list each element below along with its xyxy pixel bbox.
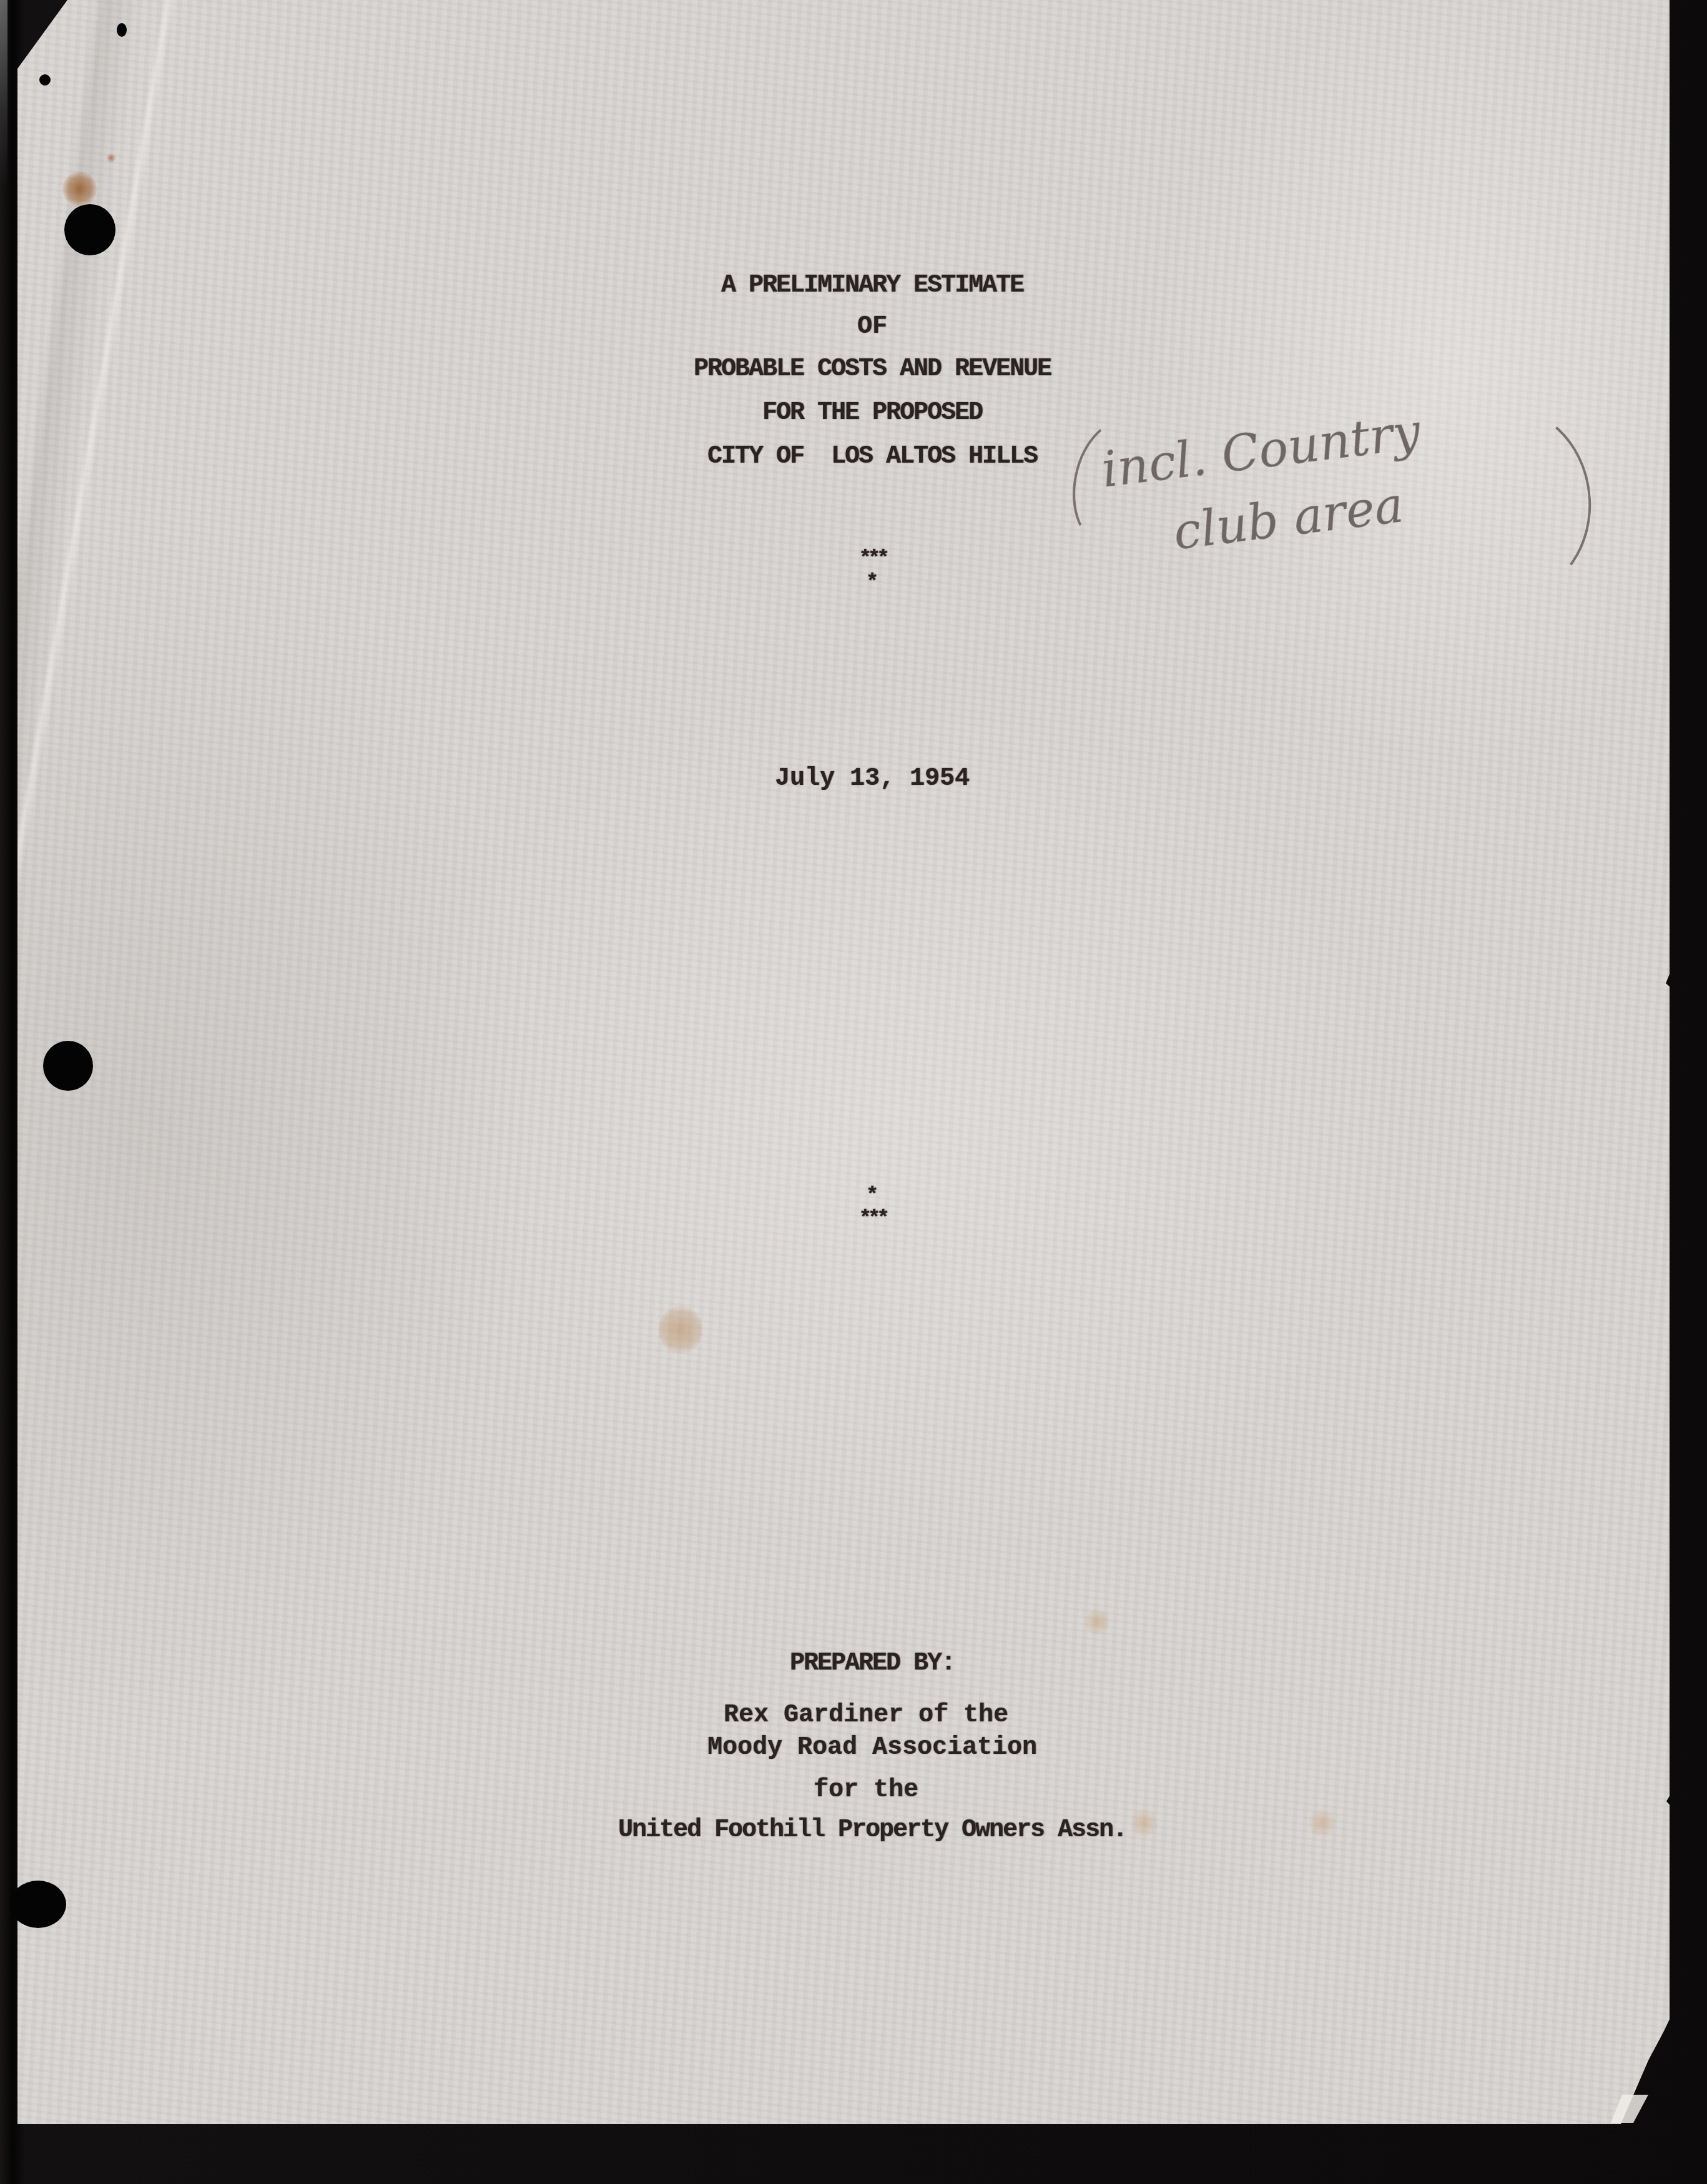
prepared-by-line-2: Moody Road Association bbox=[0, 1736, 1707, 1761]
punch-hole-top bbox=[64, 204, 116, 255]
prepared-by-line-3: for the bbox=[0, 1778, 1707, 1803]
ornament-bottom-row-1: * bbox=[0, 1185, 1707, 1206]
title-line-4: FOR THE PROPOSED bbox=[0, 401, 1707, 426]
punch-hole-bottom bbox=[10, 1881, 66, 1928]
prepared-by-line-1: Rex Gardiner of the bbox=[0, 1703, 1707, 1728]
pin-hole-1 bbox=[39, 74, 51, 86]
title-line-2: OF bbox=[0, 315, 1707, 340]
title-line-1: A PRELIMINARY ESTIMATE bbox=[0, 273, 1707, 298]
punch-hole-middle bbox=[43, 1041, 93, 1091]
ornament-top-row-2: * bbox=[0, 572, 1707, 593]
document-date: July 13, 1954 bbox=[0, 767, 1707, 792]
title-line-3: PROBABLE COSTS AND REVENUE bbox=[0, 357, 1707, 382]
prepared-by-label: PREPARED BY: bbox=[0, 1651, 1707, 1676]
ornament-bottom-row-2: *** bbox=[0, 1208, 1707, 1229]
pin-hole-2 bbox=[117, 23, 127, 37]
prepared-by-line-4: United Foothill Property Owners Assn. bbox=[0, 1818, 1707, 1843]
